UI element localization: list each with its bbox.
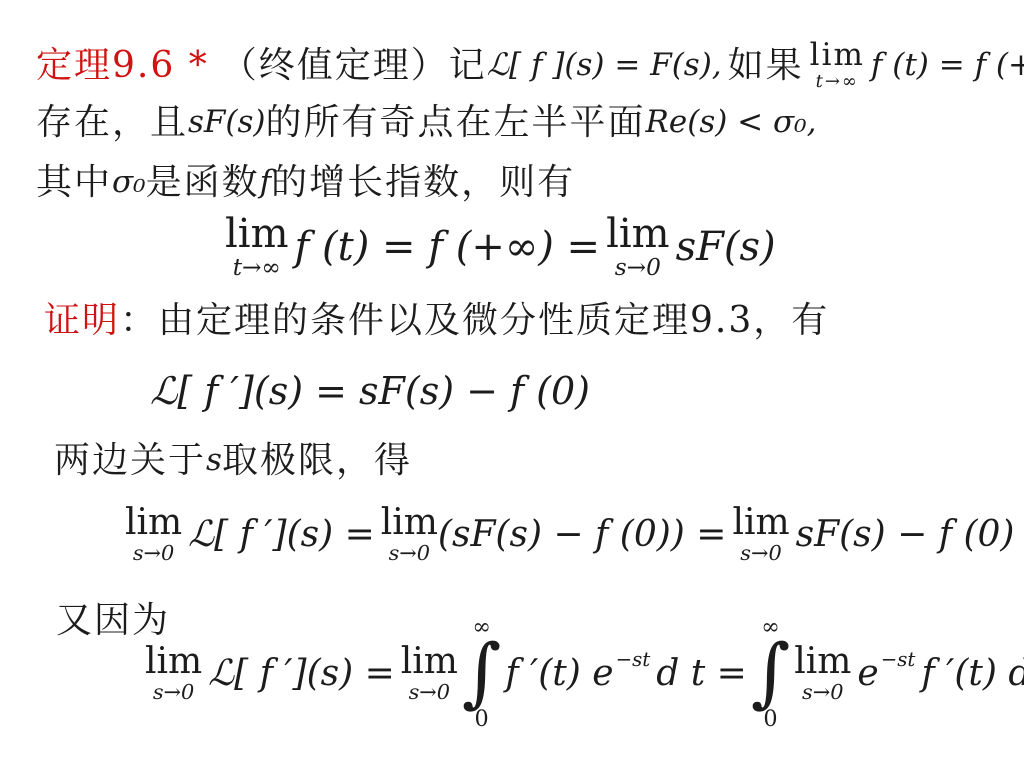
limit-line: 两边关于 s 取极限，得 <box>54 438 412 483</box>
theorem-line-3: 其中 σ₀ 是函数 f 的增长指数，则有 <box>36 160 575 205</box>
formula-tail: sF(s) <box>676 222 776 272</box>
variable-s: s <box>206 441 222 480</box>
limit-operator-s: lim s→0 <box>732 505 789 564</box>
theorem-line2-pre: 存在，且 <box>36 100 188 145</box>
theorem-line-2: 存在，且 sF(s) 的所有奇点在左半平面 Re(s) < σ₀, <box>36 100 816 145</box>
limit-operator-s: lim s→0 <box>125 505 182 564</box>
limit-expression: f (t) = f (+∞) <box>871 46 1024 85</box>
limit-operator-s: lim s→0 <box>606 214 670 279</box>
exponent-1: −st <box>616 648 651 673</box>
integral-operator: ∞ ∫ 0 <box>462 616 501 730</box>
limit-line-post: 取极限，得 <box>222 438 412 483</box>
theorem-intro-text: （终值定理）记 <box>221 43 487 88</box>
formula-part-1: ℒ[ f ′](s) = <box>188 512 375 557</box>
formula-limit-exchange: lim s→0 ℒ[ f ′](s) = lim s→0 (sF(s) − f … <box>125 505 1014 564</box>
theorem-line3-post: 的增长指数，则有 <box>271 160 575 205</box>
theorem-line-1: 定理9.6 * （终值定理）记 ℒ[ f ](s) = F(s), 如果 lim… <box>36 40 1024 91</box>
limit-operator-t: lim t→∞ <box>810 40 865 91</box>
integral-sign-icon: ∫ <box>462 638 501 708</box>
proof-text: 由定理的条件以及微分性质定理9.3，有 <box>158 298 829 343</box>
proof-label: 证明 <box>44 298 120 343</box>
theorem-line3-mid: 是函数 <box>146 160 260 205</box>
derivative-formula-body: ℒ[ f ′](s) = sF(s) − f (0) <box>150 368 590 416</box>
formula-part-2: (sF(s) − f (0)) = <box>438 512 727 557</box>
formula-integral-exchange: lim s→0 ℒ[ f ′](s) = lim s→0 ∞ ∫ 0 f ′(t… <box>145 616 1024 730</box>
limit-operator-s: lim s→0 <box>401 644 458 703</box>
limit-operator-s: lim s→0 <box>381 505 438 564</box>
limit-line-pre: 两边关于 <box>54 438 206 483</box>
integrand-2: f ′(t) d t <box>921 651 1024 696</box>
formula-body: f (t) = f (+∞) = <box>295 222 601 272</box>
limit-operator-s: lim s→0 <box>794 644 851 703</box>
exponent-2: −st <box>881 648 916 673</box>
laplace-transform-definition: ℒ[ f ](s) = F(s), <box>487 46 722 85</box>
proof-colon: ： <box>120 298 158 343</box>
integral-sign-icon: ∫ <box>751 638 790 708</box>
half-plane-condition: Re(s) < σ₀, <box>646 103 817 142</box>
differential-equals: d t = <box>656 651 747 696</box>
proof-line: 证明 ： 由定理的条件以及微分性质定理9.3，有 <box>44 298 829 343</box>
limit-operator-t: lim t→∞ <box>225 214 289 279</box>
theorem-line3-pre: 其中 <box>36 160 112 205</box>
sigma-zero: σ₀ <box>112 163 146 202</box>
lecture-slide: 定理9.6 * （终值定理）记 ℒ[ f ](s) = F(s), 如果 lim… <box>0 0 1024 768</box>
formula-derivative: ℒ[ f ′](s) = sF(s) − f (0) <box>150 368 590 416</box>
theorem-line2-mid: 的所有奇点在左半平面 <box>266 100 646 145</box>
if-word: 如果 <box>728 43 804 88</box>
limit-operator-s: lim s→0 <box>145 644 202 703</box>
integrand-1: f ′(t) e <box>505 651 613 696</box>
sfs-expression: sF(s) <box>188 103 266 142</box>
formula-final-value: lim t→∞ f (t) = f (+∞) = lim s→0 sF(s) <box>225 214 776 279</box>
function-f: f <box>260 163 271 202</box>
formula-part-1: ℒ[ f ′](s) = <box>208 651 395 696</box>
formula-part-3: sF(s) − f (0) <box>796 512 1015 557</box>
exponential-e: e <box>857 651 878 696</box>
integral-operator: ∞ ∫ 0 <box>751 616 790 730</box>
theorem-label: 定理9.6 * <box>36 43 209 88</box>
